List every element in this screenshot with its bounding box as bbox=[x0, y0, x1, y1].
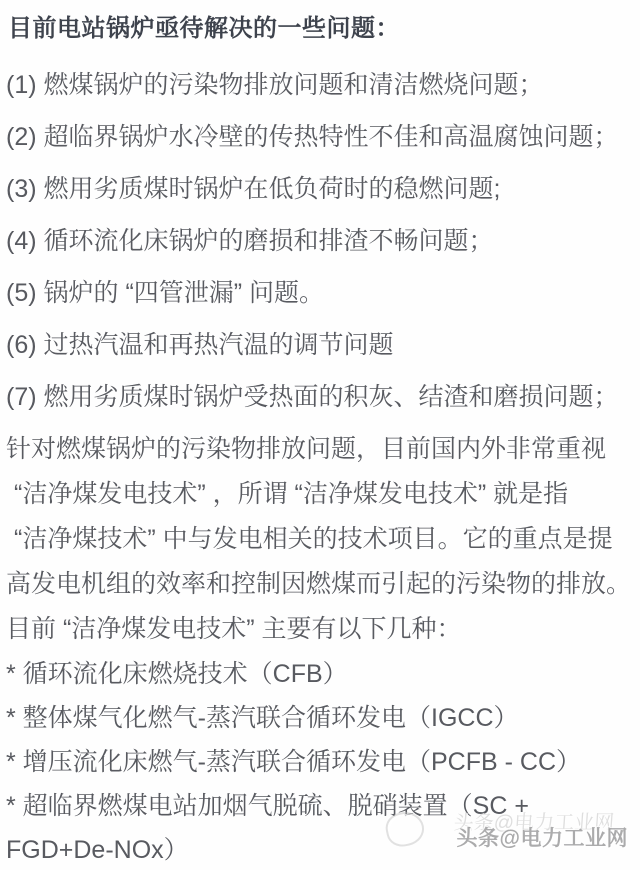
paragraph-line: 针对燃煤锅炉的污染物排放问题，目前国内外非常重视 bbox=[6, 433, 632, 465]
numbered-item-4: (4) 循环流化床锅炉的磨损和排渣不畅问题； bbox=[6, 225, 632, 257]
paragraph-line: 目前 “洁净煤发电技术” 主要有以下几种： bbox=[6, 613, 632, 645]
numbered-item-7: (7) 燃用劣质煤时锅炉受热面的积灰、结渣和磨损问题； bbox=[6, 381, 632, 413]
bullet-item-igcc: * 整体煤气化燃气-蒸汽联合循环发电（IGCC） bbox=[6, 702, 632, 734]
bullet-item-cfb: * 循环流化床燃烧技术（CFB） bbox=[6, 658, 632, 690]
article-title: 目前电站锅炉亟待解决的一些问题： bbox=[8, 12, 632, 46]
paragraph-line: “洁净煤发电技术” ，所谓 “洁净煤发电技术” 就是指 bbox=[6, 478, 632, 510]
bullet-item-pcfb: * 增压流化床燃气-蒸汽联合循环发电（PCFB - CC） bbox=[6, 746, 632, 778]
numbered-item-3: (3) 燃用劣质煤时锅炉在低负荷时的稳燃问题; bbox=[6, 173, 632, 205]
bullet-item-sc-fgd: * 超临界燃煤电站加烟气脱硫、脱硝装置（SC + bbox=[6, 790, 632, 822]
paragraph-line: 高发电机组的效率和控制因燃煤而引起的污染物的排放。 bbox=[6, 568, 632, 600]
numbered-item-1: (1) 燃煤锅炉的污染物排放问题和清洁燃烧问题； bbox=[6, 69, 632, 101]
numbered-item-5: (5) 锅炉的 “四管泄漏” 问题。 bbox=[6, 277, 632, 309]
paragraph-line: “洁净煤技术” 中与发电相关的技术项目。它的重点是提 bbox=[6, 523, 632, 555]
numbered-item-2: (2) 超临界锅炉水冷壁的传热特性不佳和高温腐蚀问题； bbox=[6, 121, 632, 153]
numbered-item-6: (6) 过热汽温和再热汽温的调节问题 bbox=[6, 329, 632, 361]
bullet-item-sc-fgd-continuation: FGD+De-NOx） bbox=[6, 834, 632, 866]
article-page: 目前电站锅炉亟待解决的一些问题： (1) 燃煤锅炉的污染物排放问题和清洁燃烧问题… bbox=[0, 0, 640, 870]
